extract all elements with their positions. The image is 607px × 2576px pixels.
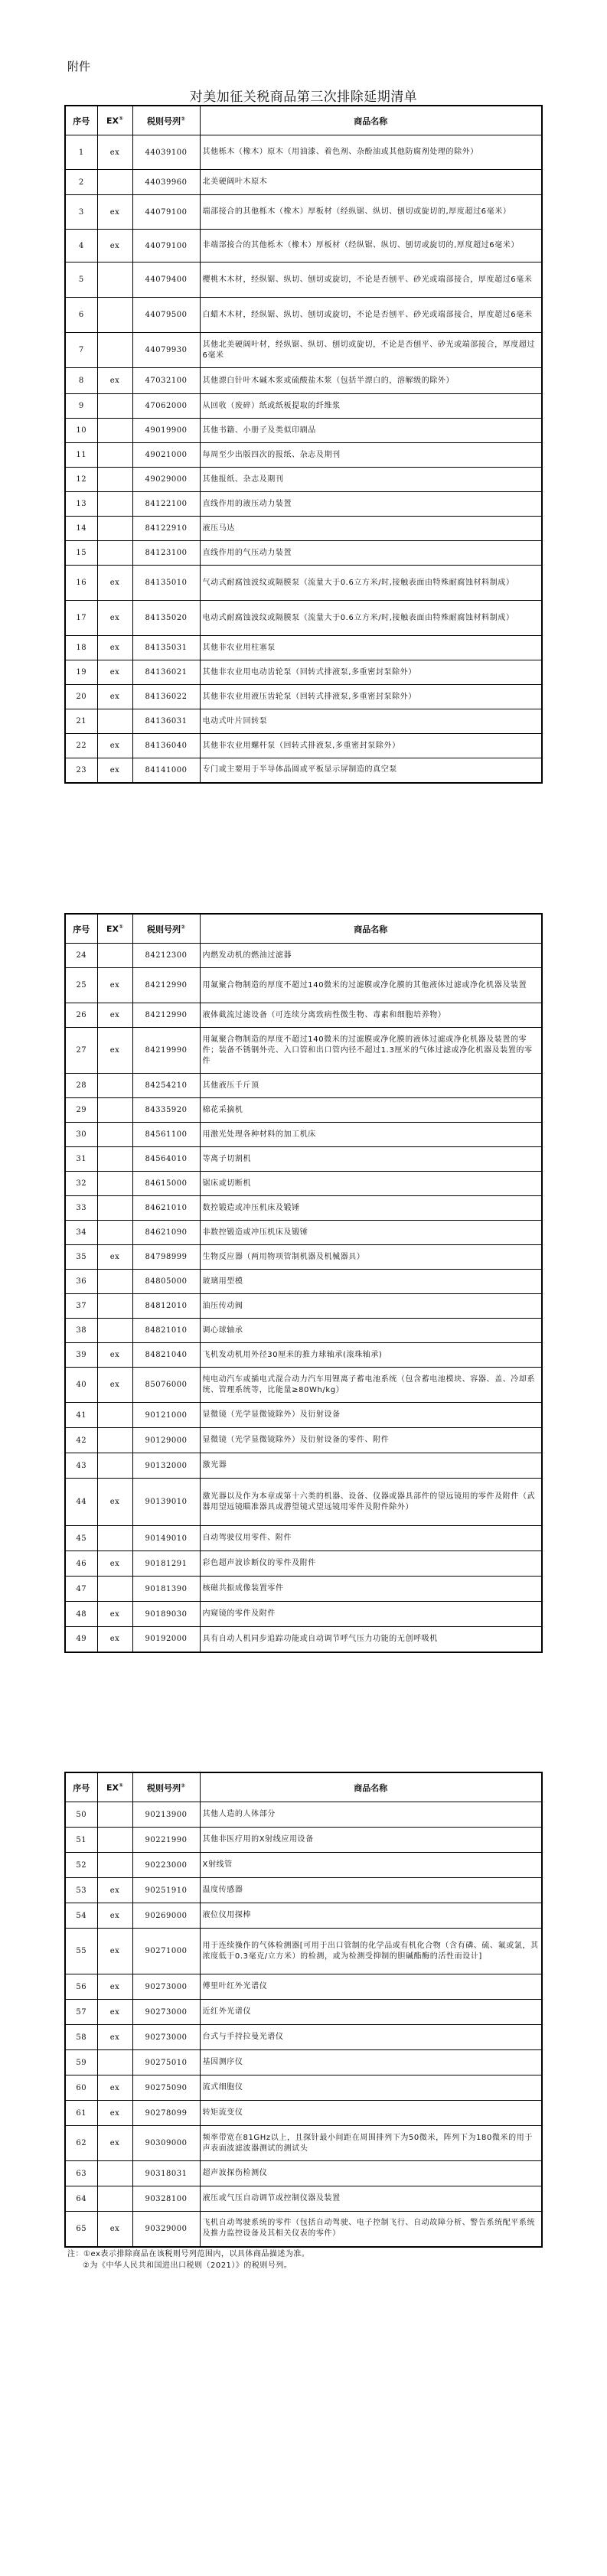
row-tariff-code: 44079930 bbox=[132, 333, 200, 368]
row-ex-flag: ex bbox=[97, 2025, 132, 2050]
row-product-name: 台式与手持拉曼光谱仪 bbox=[200, 2025, 542, 2050]
table-row: 5090213900其他人造的人体部分 bbox=[65, 1802, 542, 1828]
row-product-name: 用激光处理各种材料的加工机床 bbox=[200, 1123, 542, 1147]
row-ex-flag bbox=[97, 170, 132, 195]
table-row: 3884821010调心球轴承 bbox=[65, 1319, 542, 1343]
table-row: 4290129000显微镜（光学显微镜除外）及衍射设备的零件、附件 bbox=[65, 1428, 542, 1453]
row-tariff-code: 84212300 bbox=[132, 944, 200, 968]
row-tariff-code: 90269000 bbox=[132, 1903, 200, 1929]
row-ex-flag bbox=[97, 1172, 132, 1196]
row-ex-flag bbox=[97, 1221, 132, 1245]
row-seq: 7 bbox=[65, 333, 97, 368]
row-tariff-code: 84122100 bbox=[132, 492, 200, 517]
table-row: 244039960北美硬阔叶木原木 bbox=[65, 170, 542, 195]
table-row: 5290223000X射线管 bbox=[65, 1853, 542, 1878]
table-row: 49ex90192000具有自动人机同步追踪功能或自动调节呼气压力功能的无创呼吸… bbox=[65, 1627, 542, 1652]
row-seq: 12 bbox=[65, 468, 97, 492]
header-seq: 序号 bbox=[65, 106, 97, 135]
row-seq: 23 bbox=[65, 758, 97, 783]
table-row: 4190121000显微镜（光学显微镜除外）及衍射设备 bbox=[65, 1403, 542, 1428]
table-row: 4590149010自动驾驶仪用零件、附件 bbox=[65, 1526, 542, 1551]
row-seq: 47 bbox=[65, 1577, 97, 1602]
row-seq: 38 bbox=[65, 1319, 97, 1343]
row-tariff-code: 49019900 bbox=[132, 419, 200, 443]
row-product-name: 其他非农业用液压齿轮泵（回转式排液泵,多重密封泵除外） bbox=[200, 685, 542, 709]
footnote-2: ②为《中华人民共和国进出口税则（2021）》的税则号列。 bbox=[67, 2260, 309, 2271]
table-row: 3284615000锯床或切断机 bbox=[65, 1172, 542, 1196]
row-seq: 53 bbox=[65, 1878, 97, 1903]
row-seq: 26 bbox=[65, 1003, 97, 1028]
row-seq: 33 bbox=[65, 1196, 97, 1221]
row-tariff-code: 90223000 bbox=[132, 1853, 200, 1878]
row-seq: 18 bbox=[65, 636, 97, 660]
row-product-name: 激光器 bbox=[200, 1453, 542, 1479]
row-product-name: 其他非医疗用的X射线应用设备 bbox=[200, 1828, 542, 1853]
table-row: 2184136031电动式叶片回转泵 bbox=[65, 709, 542, 734]
row-ex-flag bbox=[97, 1828, 132, 1853]
row-tariff-code: 44079100 bbox=[132, 230, 200, 262]
table-row: 60ex90275090流式细胞仪 bbox=[65, 2075, 542, 2101]
row-ex-flag bbox=[97, 541, 132, 566]
table-row: 3484621090非数控锻造或冲压机床及锻锤 bbox=[65, 1221, 542, 1245]
table-row: 65ex90329000飞机自动驾驶系统的零件（包括自动驾驶、电子控制飞行、自动… bbox=[65, 2212, 542, 2247]
table-row: 3084561100用激光处理各种材料的加工机床 bbox=[65, 1123, 542, 1147]
row-seq: 15 bbox=[65, 541, 97, 566]
row-ex-flag bbox=[97, 1526, 132, 1551]
table-row: 947062000从回收（废碎）纸或纸板提取的纤维浆 bbox=[65, 394, 542, 419]
row-seq: 31 bbox=[65, 1147, 97, 1172]
table-row: 40ex85076000纯电动汽车或插电式混合动力汽车用锂离子蓄电池系统（包含蓄… bbox=[65, 1368, 542, 1403]
row-seq: 35 bbox=[65, 1245, 97, 1270]
row-seq: 52 bbox=[65, 1853, 97, 1878]
row-product-name: 从回收（废碎）纸或纸板提取的纤维浆 bbox=[200, 394, 542, 419]
table-row: 39ex84821040飞机发动机用外径30厘米的推力球轴承(滚珠轴承) bbox=[65, 1343, 542, 1368]
row-product-name: 液压或气压自动调节或控制仪器及装置 bbox=[200, 2186, 542, 2212]
table-header-row: 序号 EX① 税则号列② 商品名称 bbox=[65, 106, 542, 135]
row-ex-flag bbox=[97, 1074, 132, 1098]
row-product-name: 气动式耐腐蚀波纹或隔膜泵（流量大于0.6立方米/时,接触表面由特殊耐腐蚀材料制成… bbox=[200, 566, 542, 601]
row-tariff-code: 44079100 bbox=[132, 195, 200, 230]
row-ex-flag: ex bbox=[97, 601, 132, 636]
table-row: 8ex47032100其他漂白针叶木碱木浆或硫酸盐木浆（包括半漂白的，溶解级的除… bbox=[65, 368, 542, 394]
row-tariff-code: 49021000 bbox=[132, 443, 200, 468]
row-product-name: 电动式耐腐蚀波纹或隔膜泵（流量大于0.6立方米/时,接触表面由特殊耐腐蚀材料制成… bbox=[200, 601, 542, 636]
table-row: 48ex90189030内窥镜的零件及附件 bbox=[65, 1602, 542, 1627]
table-row: 22ex84136040其他非农业用螺杆泵（回转式排液泵,多重密封泵除外） bbox=[65, 734, 542, 758]
row-ex-flag: ex bbox=[97, 135, 132, 170]
row-product-name: 频率带宽在81GHz以上，且探针最小间距在周围排列下为50微米，阵列下为180微… bbox=[200, 2126, 542, 2161]
row-ex-flag: ex bbox=[97, 1028, 132, 1074]
row-ex-flag bbox=[97, 333, 132, 368]
row-seq: 30 bbox=[65, 1123, 97, 1147]
row-tariff-code: 90132000 bbox=[132, 1453, 200, 1479]
row-seq: 17 bbox=[65, 601, 97, 636]
row-product-name: 其他漂白针叶木碱木浆或硫酸盐木浆（包括半漂白的，溶解级的除外） bbox=[200, 368, 542, 394]
table-row: 6490328100液压或气压自动调节或控制仪器及装置 bbox=[65, 2186, 542, 2212]
table-header-row: 序号 EX① 税则号列② 商品名称 bbox=[65, 1772, 542, 1802]
row-tariff-code: 90139010 bbox=[132, 1479, 200, 1526]
row-seq: 59 bbox=[65, 2050, 97, 2075]
row-tariff-code: 90251910 bbox=[132, 1878, 200, 1903]
row-ex-flag bbox=[97, 1802, 132, 1828]
table-row: 3384621010数控锻造或冲压机床及锻锤 bbox=[65, 1196, 542, 1221]
row-ex-flag: ex bbox=[97, 1627, 132, 1652]
row-ex-flag bbox=[97, 709, 132, 734]
row-ex-flag: ex bbox=[97, 968, 132, 1003]
row-ex-flag bbox=[97, 2186, 132, 2212]
table-row: 58ex90273000台式与手持拉曼光谱仪 bbox=[65, 2025, 542, 2050]
row-tariff-code: 90149010 bbox=[132, 1526, 200, 1551]
row-seq: 46 bbox=[65, 1551, 97, 1577]
row-tariff-code: 84335920 bbox=[132, 1098, 200, 1123]
table-row: 4390132000激光器 bbox=[65, 1453, 542, 1479]
row-product-name: 显微镜（光学显微镜除外）及衍射设备 bbox=[200, 1403, 542, 1428]
row-seq: 39 bbox=[65, 1343, 97, 1368]
row-tariff-code: 90192000 bbox=[132, 1627, 200, 1652]
row-seq: 42 bbox=[65, 1428, 97, 1453]
table-row: 26ex84212990液体截流过滤设备（可连续分离致病性微生物、毒素和细胞培养… bbox=[65, 1003, 542, 1028]
row-seq: 50 bbox=[65, 1802, 97, 1828]
row-product-name: 超声波探伤检测仪 bbox=[200, 2161, 542, 2186]
row-ex-flag bbox=[97, 1453, 132, 1479]
row-product-name: 等离子切割机 bbox=[200, 1147, 542, 1172]
row-ex-flag: ex bbox=[97, 1903, 132, 1929]
row-tariff-code: 90181291 bbox=[132, 1551, 200, 1577]
row-tariff-code: 84135020 bbox=[132, 601, 200, 636]
row-tariff-code: 84621090 bbox=[132, 1221, 200, 1245]
table-row: 16ex84135010气动式耐腐蚀波纹或隔膜泵（流量大于0.6立方米/时,接触… bbox=[65, 566, 542, 601]
row-ex-flag: ex bbox=[97, 1878, 132, 1903]
row-tariff-code: 84798999 bbox=[132, 1245, 200, 1270]
row-ex-flag bbox=[97, 1577, 132, 1602]
row-seq: 21 bbox=[65, 709, 97, 734]
row-tariff-code: 90221990 bbox=[132, 1828, 200, 1853]
row-tariff-code: 90328100 bbox=[132, 2186, 200, 2212]
row-product-name: 白蜡木木材，经纵锯、纵切、刨切或旋切，不论是否刨平、砂光或端部接合，厚度超过6毫… bbox=[200, 298, 542, 333]
row-ex-flag: ex bbox=[97, 636, 132, 660]
row-ex-flag bbox=[97, 1147, 132, 1172]
row-ex-flag: ex bbox=[97, 2000, 132, 2025]
row-ex-flag: ex bbox=[97, 1974, 132, 2000]
row-product-name: 核磁共振成像装置零件 bbox=[200, 1577, 542, 1602]
row-tariff-code: 84136031 bbox=[132, 709, 200, 734]
row-seq: 60 bbox=[65, 2075, 97, 2101]
row-ex-flag bbox=[97, 262, 132, 298]
row-product-name: 具有自动人机同步追踪功能或自动调节呼气压力功能的无创呼吸机 bbox=[200, 1627, 542, 1652]
row-ex-flag bbox=[97, 298, 132, 333]
row-seq: 28 bbox=[65, 1074, 97, 1098]
row-ex-flag bbox=[97, 1853, 132, 1878]
table-row: 1149021000每周至少出版四次的报纸、杂志及期刊 bbox=[65, 443, 542, 468]
table-row: 5990275010基因测序仪 bbox=[65, 2050, 542, 2075]
row-product-name: 用氟聚合物制造的厚度不超过140微米的过滤膜或净化膜的其他液体过滤或净化机器及装… bbox=[200, 968, 542, 1003]
header-name: 商品名称 bbox=[200, 914, 542, 944]
row-product-name: 其他人造的人体部分 bbox=[200, 1802, 542, 1828]
table-row: 53ex90251910温度传感器 bbox=[65, 1878, 542, 1903]
row-seq: 43 bbox=[65, 1453, 97, 1479]
table-header-row: 序号 EX① 税则号列② 商品名称 bbox=[65, 914, 542, 944]
row-seq: 19 bbox=[65, 660, 97, 685]
row-tariff-code: 84561100 bbox=[132, 1123, 200, 1147]
row-seq: 22 bbox=[65, 734, 97, 758]
row-seq: 29 bbox=[65, 1098, 97, 1123]
row-seq: 10 bbox=[65, 419, 97, 443]
row-product-name: 显微镜（光学显微镜除外）及衍射设备的零件、附件 bbox=[200, 1428, 542, 1453]
table-row: 3ex44079100端部接合的其他栎木（橡木）厚板材（经纵锯、纵切、刨切或旋切… bbox=[65, 195, 542, 230]
row-ex-flag: ex bbox=[97, 1551, 132, 1577]
row-product-name: 液压马达 bbox=[200, 517, 542, 541]
row-product-name: 激光器以及作为本章或第十六类的机器、设备、仪器或器具部件的望远镜用的零件及附件（… bbox=[200, 1479, 542, 1526]
table-row: 27ex84219990用氟聚合物制造的厚度不超过140微米的过滤膜或净化膜的液… bbox=[65, 1028, 542, 1074]
row-ex-flag bbox=[97, 1403, 132, 1428]
footnotes: 注：①ex表示排除商品在该税则号列范围内，以具体商品描述为准。 ②为《中华人民共… bbox=[67, 2248, 309, 2271]
table-row: 1249029000其他报纸、杂志及期刊 bbox=[65, 468, 542, 492]
row-product-name: 纯电动汽车或插电式混合动力汽车用锂离子蓄电池系统（包含蓄电池模块、容器、盖、冷却… bbox=[200, 1368, 542, 1403]
row-ex-flag: ex bbox=[97, 2126, 132, 2161]
row-seq: 64 bbox=[65, 2186, 97, 2212]
row-tariff-code: 90129000 bbox=[132, 1428, 200, 1453]
table-row: 17ex84135020电动式耐腐蚀波纹或隔膜泵（流量大于0.6立方米/时,接触… bbox=[65, 601, 542, 636]
row-product-name: 基因测序仪 bbox=[200, 2050, 542, 2075]
row-seq: 44 bbox=[65, 1479, 97, 1526]
header-code: 税则号列② bbox=[132, 1772, 200, 1802]
row-tariff-code: 90213900 bbox=[132, 1802, 200, 1828]
row-seq: 5 bbox=[65, 262, 97, 298]
row-product-name: 电动式叶片回转泵 bbox=[200, 709, 542, 734]
row-seq: 25 bbox=[65, 968, 97, 1003]
row-ex-flag bbox=[97, 419, 132, 443]
row-seq: 55 bbox=[65, 1929, 97, 1974]
table-row: 2884254210其他液压千斤顶 bbox=[65, 1074, 542, 1098]
row-tariff-code: 44079400 bbox=[132, 262, 200, 298]
row-seq: 1 bbox=[65, 135, 97, 170]
row-seq: 11 bbox=[65, 443, 97, 468]
row-ex-flag: ex bbox=[97, 1003, 132, 1028]
row-ex-flag bbox=[97, 468, 132, 492]
row-product-name: 其他书籍、小册子及类似印刷品 bbox=[200, 419, 542, 443]
row-seq: 14 bbox=[65, 517, 97, 541]
row-seq: 48 bbox=[65, 1602, 97, 1627]
row-seq: 40 bbox=[65, 1368, 97, 1403]
row-product-name: 非端部接合的其他栎木（橡木）厚板材（经纵锯、纵切、刨切或旋切的,厚度超过6毫米） bbox=[200, 230, 542, 262]
row-ex-flag: ex bbox=[97, 1929, 132, 1974]
table-row: 1384122100直线作用的液压动力装置 bbox=[65, 492, 542, 517]
row-tariff-code: 90309000 bbox=[132, 2126, 200, 2161]
row-product-name: 端部接合的其他栎木（橡木）厚板材（经纵锯、纵切、刨切或旋切的,厚度超过6毫米） bbox=[200, 195, 542, 230]
row-ex-flag bbox=[97, 492, 132, 517]
row-product-name: 锯床或切断机 bbox=[200, 1172, 542, 1196]
row-tariff-code: 90181390 bbox=[132, 1577, 200, 1602]
row-seq: 13 bbox=[65, 492, 97, 517]
header-code: 税则号列② bbox=[132, 914, 200, 944]
row-product-name: 调心球轴承 bbox=[200, 1319, 542, 1343]
row-seq: 6 bbox=[65, 298, 97, 333]
row-product-name: 每周至少出版四次的报纸、杂志及期刊 bbox=[200, 443, 542, 468]
row-seq: 65 bbox=[65, 2212, 97, 2247]
table-row: 56ex90273000傅里叶红外光谱仪 bbox=[65, 1974, 542, 2000]
table-row: 3784812010油压传动阀 bbox=[65, 1294, 542, 1319]
table-row: 62ex90309000频率带宽在81GHz以上，且探针最小间距在周围排列下为5… bbox=[65, 2126, 542, 2161]
row-product-name: 北美硬阔叶木原木 bbox=[200, 170, 542, 195]
row-tariff-code: 90273000 bbox=[132, 2000, 200, 2025]
row-tariff-code: 90275090 bbox=[132, 2075, 200, 2101]
row-tariff-code: 84212990 bbox=[132, 1003, 200, 1028]
row-seq: 8 bbox=[65, 368, 97, 394]
table-row: 1484122910液压马达 bbox=[65, 517, 542, 541]
row-seq: 24 bbox=[65, 944, 97, 968]
row-product-name: 用于连续操作的气体检测器[可用于出口管制的化学品或有机化合物（含有磷、硫、氟或氯… bbox=[200, 1929, 542, 1974]
header-name: 商品名称 bbox=[200, 1772, 542, 1802]
row-seq: 32 bbox=[65, 1172, 97, 1196]
table-row: 3684805000玻璃用型模 bbox=[65, 1270, 542, 1294]
row-seq: 9 bbox=[65, 394, 97, 419]
row-product-name: X射线管 bbox=[200, 1853, 542, 1878]
row-seq: 3 bbox=[65, 195, 97, 230]
header-name: 商品名称 bbox=[200, 106, 542, 135]
row-ex-flag: ex bbox=[97, 195, 132, 230]
row-ex-flag: ex bbox=[97, 758, 132, 783]
row-product-name: 樱桃木木材，经纵锯、纵切、刨切或旋切，不论是否刨平、砂光或端部接合，厚度超过6毫… bbox=[200, 262, 542, 298]
header-code: 税则号列② bbox=[132, 106, 200, 135]
row-product-name: 转矩流变仪 bbox=[200, 2101, 542, 2126]
table-row: 18ex84135031其他非农业用柱塞泵 bbox=[65, 636, 542, 660]
row-seq: 37 bbox=[65, 1294, 97, 1319]
footnote-1: 注：①ex表示排除商品在该税则号列范围内，以具体商品描述为准。 bbox=[67, 2248, 309, 2260]
row-tariff-code: 47062000 bbox=[132, 394, 200, 419]
row-ex-flag: ex bbox=[97, 1245, 132, 1270]
table-row: 55ex90271000用于连续操作的气体检测器[可用于出口管制的化学品或有机化… bbox=[65, 1929, 542, 1974]
table-row: 46ex90181291彩色超声波诊断仪的零件及附件 bbox=[65, 1551, 542, 1577]
row-tariff-code: 84136040 bbox=[132, 734, 200, 758]
table-row: 57ex90273000近红外光谱仪 bbox=[65, 2000, 542, 2025]
exclusion-table-1: 序号 EX① 税则号列② 商品名称 1ex44039100其他栎木（橡木）原木（… bbox=[64, 105, 543, 784]
row-ex-flag bbox=[97, 944, 132, 968]
row-tariff-code: 84136021 bbox=[132, 660, 200, 685]
row-tariff-code: 84212990 bbox=[132, 968, 200, 1003]
row-ex-flag bbox=[97, 517, 132, 541]
row-tariff-code: 49029000 bbox=[132, 468, 200, 492]
table-row: 2484212300内燃发动机的燃油过滤器 bbox=[65, 944, 542, 968]
row-tariff-code: 84621010 bbox=[132, 1196, 200, 1221]
table-row: 2984335920棉花采摘机 bbox=[65, 1098, 542, 1123]
row-ex-flag bbox=[97, 1123, 132, 1147]
row-seq: 56 bbox=[65, 1974, 97, 2000]
row-product-name: 专门或主要用于半导体晶圆或平板显示屏制造的真空泵 bbox=[200, 758, 542, 783]
row-tariff-code: 84141000 bbox=[132, 758, 200, 783]
row-ex-flag bbox=[97, 2161, 132, 2186]
table-row: 544079400樱桃木木材，经纵锯、纵切、刨切或旋切，不论是否刨平、砂光或端部… bbox=[65, 262, 542, 298]
table-row: 25ex84212990用氟聚合物制造的厚度不超过140微米的过滤膜或净化膜的其… bbox=[65, 968, 542, 1003]
row-tariff-code: 85076000 bbox=[132, 1368, 200, 1403]
row-seq: 62 bbox=[65, 2126, 97, 2161]
row-product-name: 液体截流过滤设备（可连续分离致病性微生物、毒素和细胞培养物） bbox=[200, 1003, 542, 1028]
row-product-name: 直线作用的液压动力装置 bbox=[200, 492, 542, 517]
row-tariff-code: 84254210 bbox=[132, 1074, 200, 1098]
table-row: 54ex90269000液位仪用探棒 bbox=[65, 1903, 542, 1929]
row-ex-flag bbox=[97, 1294, 132, 1319]
row-tariff-code: 90278099 bbox=[132, 2101, 200, 2126]
row-product-name: 飞机发动机用外径30厘米的推力球轴承(滚珠轴承) bbox=[200, 1343, 542, 1368]
row-tariff-code: 44079500 bbox=[132, 298, 200, 333]
row-ex-flag: ex bbox=[97, 1479, 132, 1526]
row-seq: 41 bbox=[65, 1403, 97, 1428]
header-ex: EX① bbox=[97, 1772, 132, 1802]
header-ex: EX① bbox=[97, 914, 132, 944]
row-product-name: 液位仪用探棒 bbox=[200, 1903, 542, 1929]
row-tariff-code: 90189030 bbox=[132, 1602, 200, 1627]
row-seq: 51 bbox=[65, 1828, 97, 1853]
row-tariff-code: 90329000 bbox=[132, 2212, 200, 2247]
row-product-name: 其他非农业用电动齿轮泵（回转式排液泵,多重密封泵除外） bbox=[200, 660, 542, 685]
row-product-name: 油压传动阀 bbox=[200, 1294, 542, 1319]
row-tariff-code: 90318031 bbox=[132, 2161, 200, 2186]
row-ex-flag: ex bbox=[97, 2212, 132, 2247]
row-tariff-code: 44039100 bbox=[132, 135, 200, 170]
row-product-name: 非数控锻造或冲压机床及锻锤 bbox=[200, 1221, 542, 1245]
header-ex: EX① bbox=[97, 106, 132, 135]
row-product-name: 其他北美硬阔叶材，经纵锯、纵切、刨切或旋切，不论是否刨平、砂光或端部接合，厚度超… bbox=[200, 333, 542, 368]
row-tariff-code: 90275010 bbox=[132, 2050, 200, 2075]
table-row: 1ex44039100其他栎木（橡木）原木（用油漆、着色剂、杂酚油或其他防腐剂处… bbox=[65, 135, 542, 170]
row-product-name: 内窥镜的零件及附件 bbox=[200, 1602, 542, 1627]
row-tariff-code: 90271000 bbox=[132, 1929, 200, 1974]
row-seq: 63 bbox=[65, 2161, 97, 2186]
row-ex-flag: ex bbox=[97, 1368, 132, 1403]
row-tariff-code: 84821010 bbox=[132, 1319, 200, 1343]
row-tariff-code: 84122910 bbox=[132, 517, 200, 541]
row-seq: 16 bbox=[65, 566, 97, 601]
row-seq: 27 bbox=[65, 1028, 97, 1074]
table-row: 5190221990其他非医疗用的X射线应用设备 bbox=[65, 1828, 542, 1853]
table-row: 6390318031超声波探伤检测仪 bbox=[65, 2161, 542, 2186]
row-seq: 58 bbox=[65, 2025, 97, 2050]
row-ex-flag: ex bbox=[97, 1343, 132, 1368]
table-row: 3184564010等离子切割机 bbox=[65, 1147, 542, 1172]
row-seq: 20 bbox=[65, 685, 97, 709]
row-seq: 4 bbox=[65, 230, 97, 262]
row-tariff-code: 44039960 bbox=[132, 170, 200, 195]
row-tariff-code: 90273000 bbox=[132, 1974, 200, 2000]
row-ex-flag bbox=[97, 1098, 132, 1123]
row-ex-flag: ex bbox=[97, 2101, 132, 2126]
table-row: 23ex84141000专门或主要用于半导体晶圆或平板显示屏制造的真空泵 bbox=[65, 758, 542, 783]
row-product-name: 棉花采摘机 bbox=[200, 1098, 542, 1123]
row-ex-flag: ex bbox=[97, 566, 132, 601]
row-seq: 49 bbox=[65, 1627, 97, 1652]
row-ex-flag: ex bbox=[97, 2075, 132, 2101]
row-tariff-code: 84821040 bbox=[132, 1343, 200, 1368]
row-ex-flag bbox=[97, 1270, 132, 1294]
table-row: 19ex84136021其他非农业用电动齿轮泵（回转式排液泵,多重密封泵除外） bbox=[65, 660, 542, 685]
row-product-name: 自动驾驶仪用零件、附件 bbox=[200, 1526, 542, 1551]
row-ex-flag bbox=[97, 1319, 132, 1343]
row-product-name: 玻璃用型模 bbox=[200, 1270, 542, 1294]
row-product-name: 傅里叶红外光谱仪 bbox=[200, 1974, 542, 2000]
row-ex-flag bbox=[97, 443, 132, 468]
row-product-name: 用氟聚合物制造的厚度不超过140微米的过滤膜或净化膜的液体过滤或净化机器及装置的… bbox=[200, 1028, 542, 1074]
row-product-name: 其他栎木（橡木）原木（用油漆、着色剂、杂酚油或其他防腐剂处理的除外） bbox=[200, 135, 542, 170]
exclusion-table-2: 序号 EX① 税则号列② 商品名称 2484212300内燃发动机的燃油过滤器2… bbox=[64, 913, 543, 1653]
table-row: 35ex84798999生物反应器（两用物项管制机器及机械器具） bbox=[65, 1245, 542, 1270]
row-ex-flag: ex bbox=[97, 1602, 132, 1627]
row-product-name: 飞机自动驾驶系统的零件（包括自动驾驶、电子控制飞行、自动故障分析、警告系统配平系… bbox=[200, 2212, 542, 2247]
row-ex-flag: ex bbox=[97, 685, 132, 709]
row-ex-flag: ex bbox=[97, 230, 132, 262]
row-seq: 2 bbox=[65, 170, 97, 195]
row-product-name: 流式细胞仪 bbox=[200, 2075, 542, 2101]
row-product-name: 其他液压千斤顶 bbox=[200, 1074, 542, 1098]
row-ex-flag bbox=[97, 1196, 132, 1221]
